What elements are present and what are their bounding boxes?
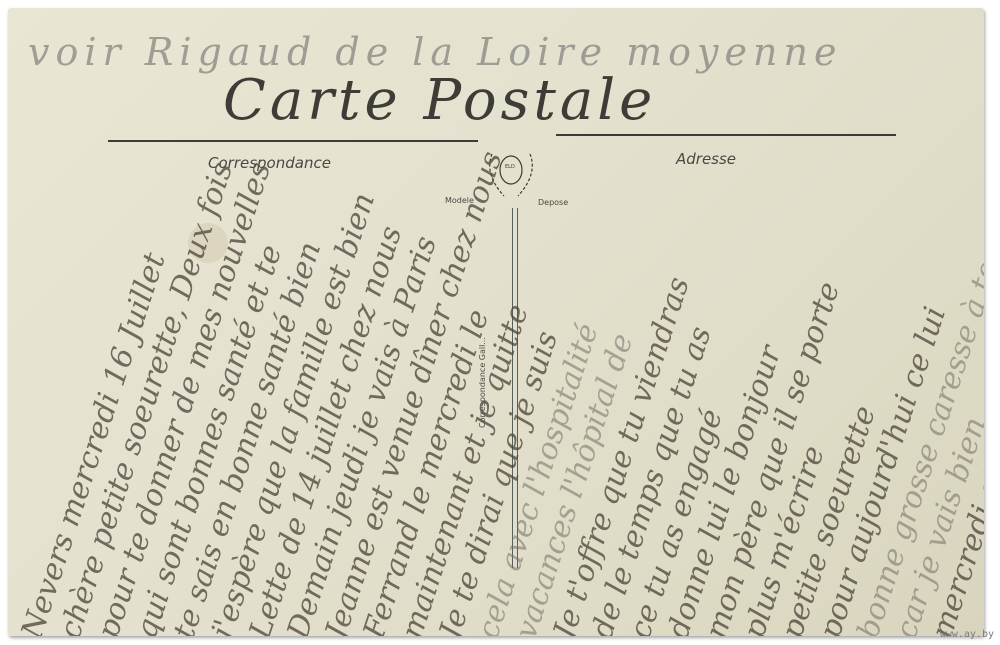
watermark: www.ay.by (940, 629, 994, 640)
depose-text: Depose (538, 198, 568, 207)
address-label: Adresse (676, 150, 736, 168)
header-rule-left (108, 140, 478, 142)
header-rule-right (556, 134, 896, 136)
postcard-title: Carte Postale (223, 68, 656, 133)
postcard-back: voir Rigaud de la Loire moyenne Carte Po… (8, 8, 984, 636)
